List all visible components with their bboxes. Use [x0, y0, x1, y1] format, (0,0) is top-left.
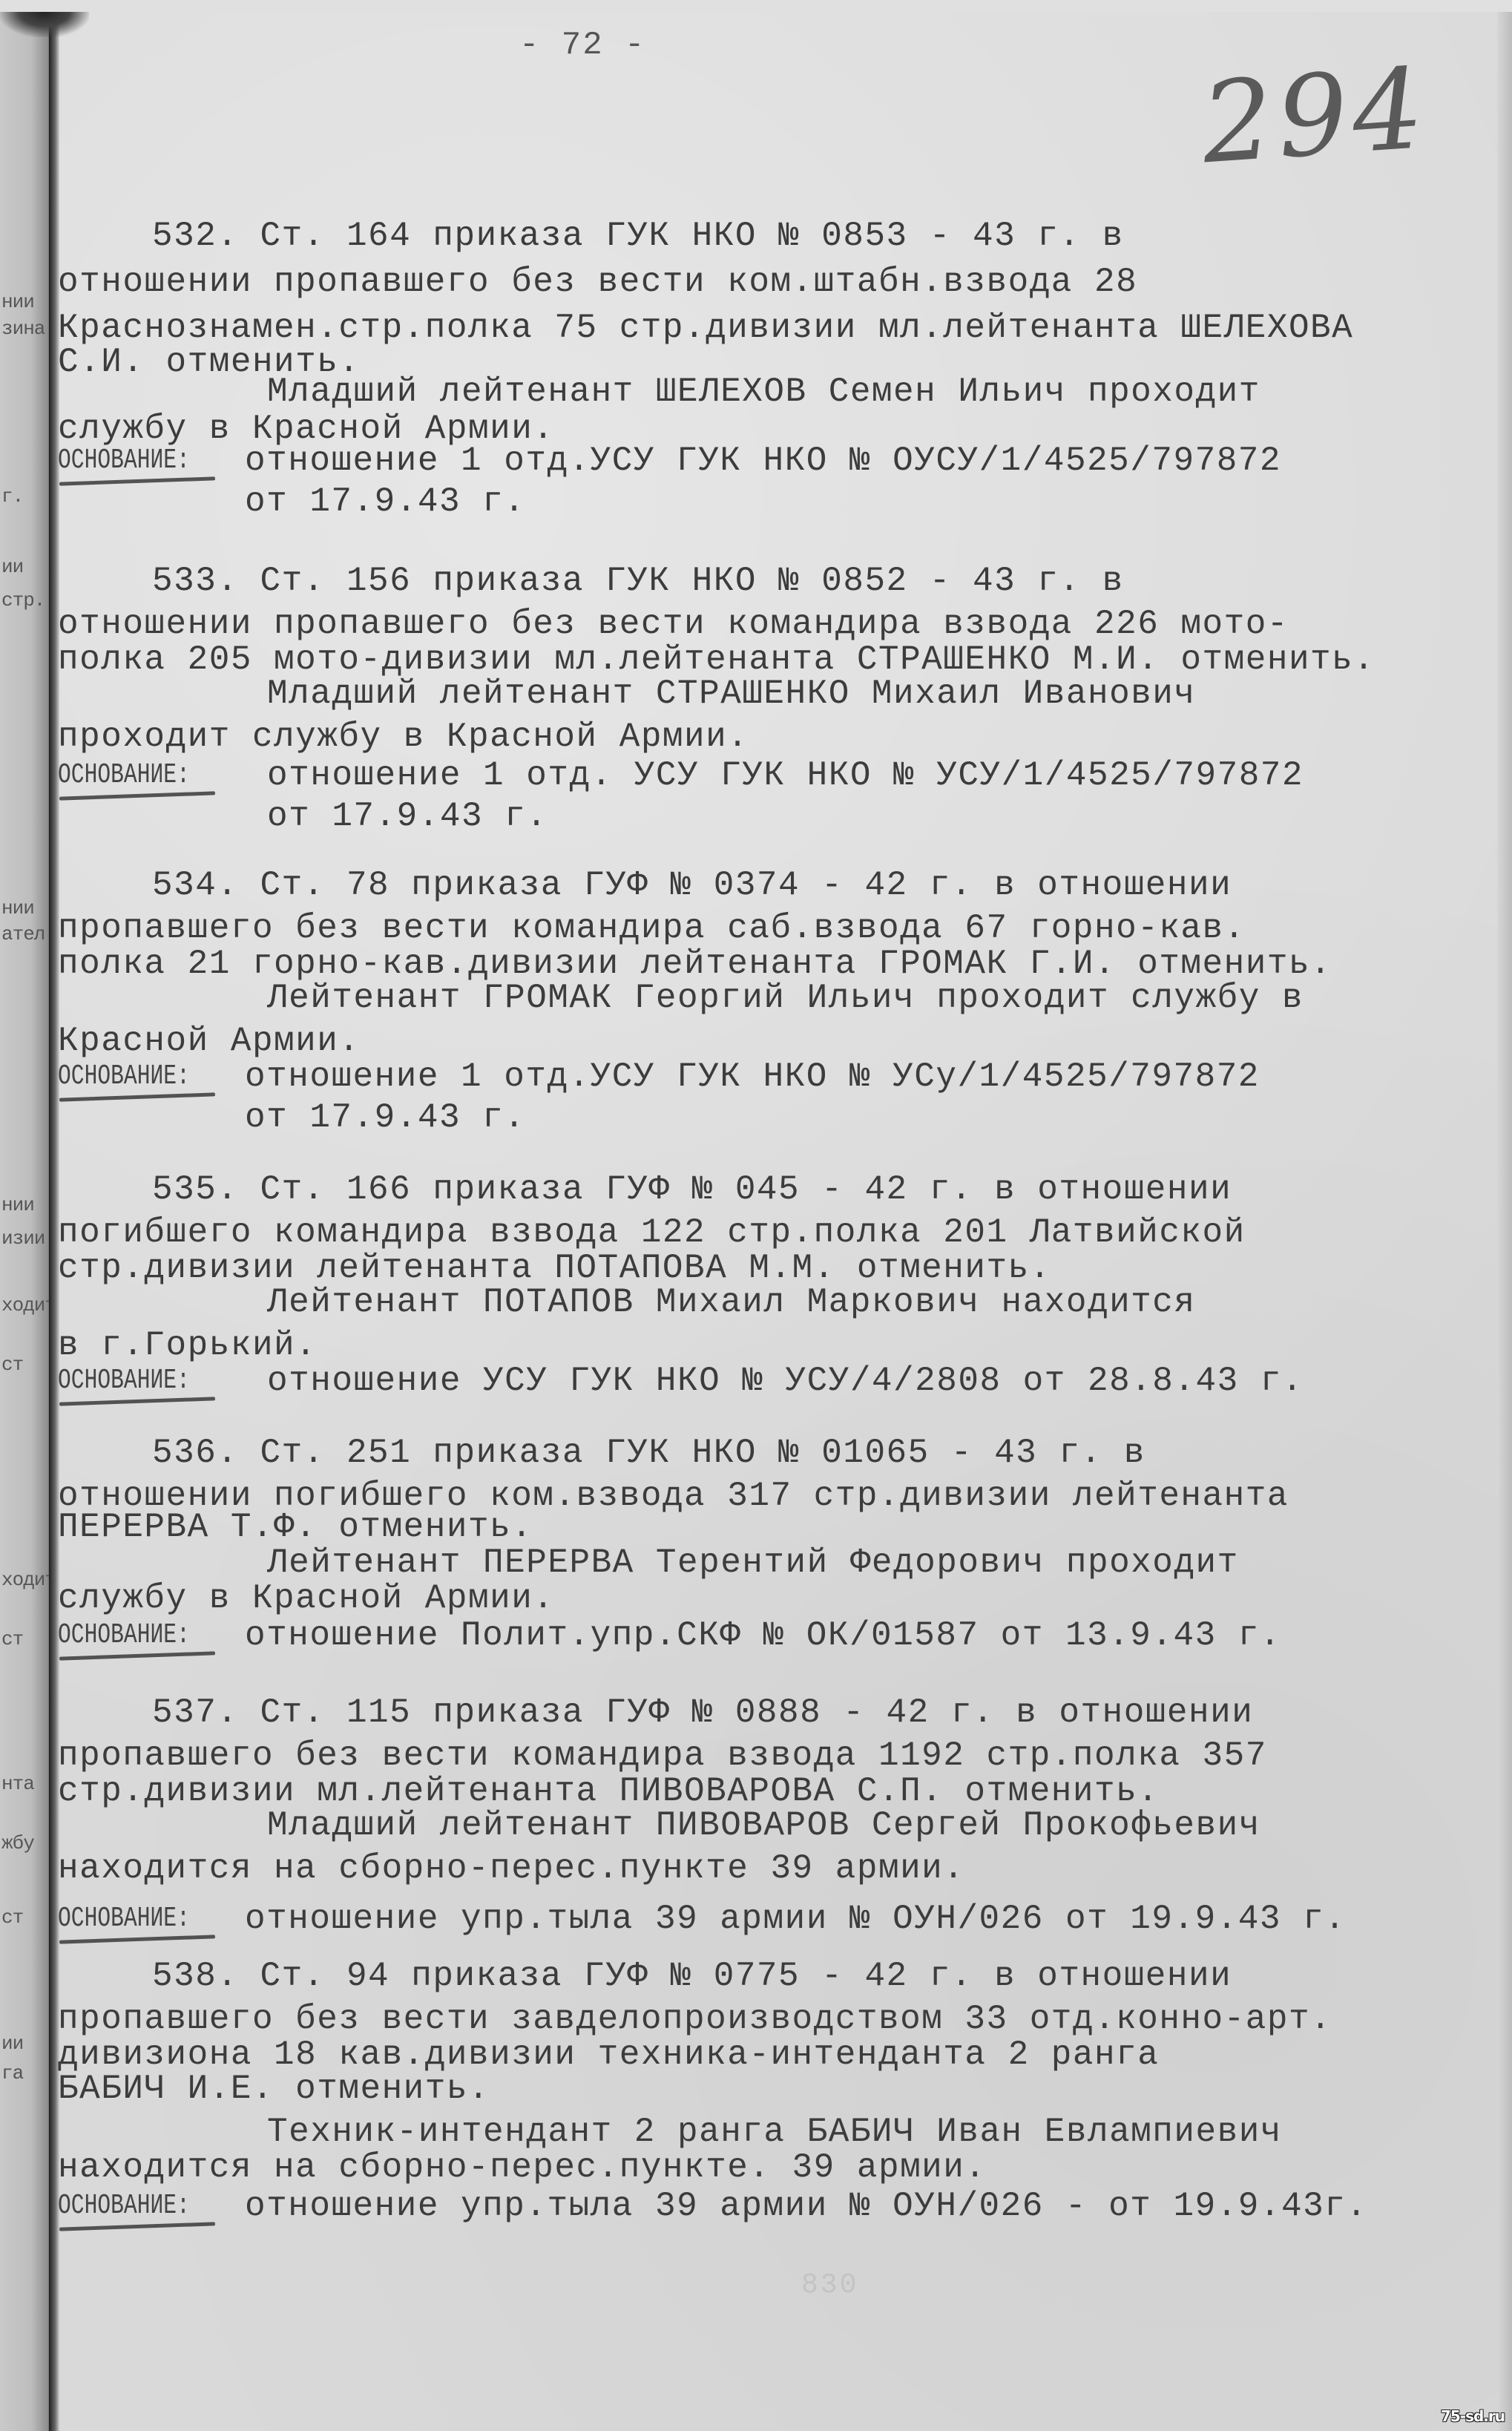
- entry-text-line: стр.дивизии лейтенанта ПОТАПОВА М.М. отм…: [58, 1251, 1051, 1285]
- source-watermark: 75-sd.ru: [1441, 2407, 1505, 2425]
- entry-heading-line: 537. Ст. 115 приказа ГУФ № 0888 - 42 г. …: [152, 1696, 1253, 1730]
- basis-label: ОСНОВАНИЕ:: [58, 761, 190, 790]
- facing-page-fragment: ходит: [1, 1570, 52, 1589]
- basis-label: ОСНОВАНИЕ:: [58, 447, 190, 475]
- entry-text-line: пропавшего без вести командира саб.взвод…: [58, 911, 1246, 945]
- entry-text-line: стр.дивизии мл.лейтенанта ПИВОВАРОВА С.П…: [58, 1774, 1159, 1808]
- entry-text-line: Лейтенант ПЕРЕРВА Терентий Федорович про…: [267, 1546, 1239, 1580]
- facing-page-fragment: г.: [1, 487, 23, 506]
- entry-heading-line: 536. Ст. 251 приказа ГУК НКО № 01065 - 4…: [152, 1436, 1145, 1470]
- entry-text-line: полка 205 мото-дивизии мл.лейтенанта СТР…: [58, 643, 1375, 677]
- entry-text-line: отношении пропавшего без вести ком.штабн…: [58, 265, 1137, 299]
- facing-page-fragment: ходит: [1, 1296, 52, 1315]
- facing-page-fragment: ст: [1, 1908, 23, 1927]
- entry-text-line: Лейтенант ПОТАПОВ Михаил Маркович находи…: [267, 1285, 1196, 1319]
- entry-heading-line: 535. Ст. 166 приказа ГУФ № 045 - 42 г. в…: [152, 1172, 1232, 1207]
- basis-text-line: от 17.9.43 г.: [245, 1100, 525, 1135]
- facing-page-fragment: га: [1, 2064, 23, 2083]
- entry-heading-line: 538. Ст. 94 приказа ГУФ № 0775 - 42 г. в…: [152, 1959, 1232, 1993]
- entry-text-line: БАБИЧ И.Е. отменить.: [58, 2072, 490, 2106]
- scan-top-margin: [0, 0, 1512, 12]
- entry-text-line: дивизиона 18 кав.дивизии техника-интенда…: [58, 2038, 1159, 2072]
- facing-page-fragment: ии: [1, 557, 23, 577]
- binding-corner: [0, 12, 89, 37]
- entry-text-line: Техник-интендант 2 ранга БАБИЧ Иван Евла…: [267, 2115, 1282, 2149]
- facing-page-fragment: нии: [1, 292, 34, 312]
- entry-text-line: Красной Армии.: [58, 1024, 360, 1058]
- basis-text-line: от 17.9.43 г.: [267, 799, 548, 833]
- basis-text-line: отношение упр.тыла 39 армии № ОУН/026 - …: [245, 2189, 1367, 2223]
- entry-heading-line: 532. Ст. 164 приказа ГУК НКО № 0853 - 43…: [152, 219, 1124, 253]
- basis-text-line: от 17.9.43 г.: [245, 485, 525, 519]
- entry-text-line: пропавшего без вести завделопроизводство…: [58, 2002, 1332, 2036]
- entry-text-line: в г.Горький.: [58, 1328, 317, 1362]
- entry-text-line: службу в Красной Армии.: [58, 1581, 554, 1615]
- entry-text-line: полка 21 горно-кав.дивизии лейтенанта ГР…: [58, 947, 1332, 981]
- entry-text-line: погибшего командира взвода 122 стр.полка…: [58, 1215, 1246, 1250]
- entry-text-line: проходит службу в Красной Армии.: [58, 720, 749, 754]
- facing-page-fragment: стр.: [1, 591, 45, 610]
- archive-sheet-number: 294: [1197, 45, 1432, 189]
- basis-text-line: отношение 1 отд. УСУ ГУК НКО № УСУ/1/452…: [267, 758, 1304, 793]
- facing-page-fragment: изии: [1, 1229, 45, 1248]
- page-number: - 72 -: [519, 27, 645, 64]
- facing-page-fragment: зина: [1, 319, 45, 338]
- basis-text-line: отношение 1 отд.УСУ ГУК НКО № УСу/1/4525…: [245, 1060, 1260, 1094]
- basis-text-line: отношение 1 отд.УСУ ГУК НКО № ОУСУ/1/452…: [245, 444, 1281, 478]
- basis-label: ОСНОВАНИЕ:: [58, 1063, 190, 1091]
- page-right-edge: [1497, 12, 1512, 2431]
- entry-text-line: находится на сборно-перес.пункте. 39 арм…: [58, 2150, 987, 2185]
- basis-text-line: отношение УСУ ГУК НКО № УСУ/4/2808 от 28…: [267, 1364, 1304, 1398]
- facing-page-fragment: ии: [1, 2034, 23, 2053]
- facing-page-fragment: ст: [1, 1355, 23, 1374]
- basis-text-line: отношение Полит.упр.СКФ № ОК/01587 от 13…: [245, 1618, 1281, 1653]
- basis-label: ОСНОВАНИЕ:: [58, 1621, 190, 1650]
- basis-text-line: отношение упр.тыла 39 армии № ОУН/026 от…: [245, 1902, 1346, 1936]
- entry-text-line: Младший лейтенант СТРАШЕНКО Михаил Ивано…: [267, 677, 1196, 711]
- basis-label: ОСНОВАНИЕ:: [58, 2192, 190, 2220]
- facing-page-fragment: ател: [1, 925, 45, 944]
- entry-text-line: отношении пропавшего без вести командира…: [58, 607, 1289, 641]
- entry-text-line: Младший лейтенант ШЕЛЕХОВ Семен Ильич пр…: [267, 375, 1260, 409]
- entry-text-line: находится на сборно-перес.пункте 39 арми…: [58, 1851, 964, 1886]
- entry-text-line: пропавшего без вести командира взвода 11…: [58, 1739, 1267, 1773]
- entry-text-line: Краснознамен.стр.полка 75 стр.дивизии мл…: [58, 311, 1353, 345]
- faint-bleedthrough-mark: 830: [801, 2269, 858, 2301]
- facing-page-fragment: нии: [1, 899, 34, 918]
- entry-text-line: Младший лейтенант ПИВОВАРОВ Сергей Проко…: [267, 1808, 1260, 1843]
- facing-page-fragment: нии: [1, 1195, 34, 1215]
- facing-page-fragment: жбу: [1, 1834, 34, 1853]
- entry-text-line: ПЕРЕРВА Т.Ф. отменить.: [58, 1510, 533, 1544]
- basis-label: ОСНОВАНИЕ:: [58, 1905, 190, 1933]
- entry-text-line: Лейтенант ГРОМАК Георгий Ильич проходит …: [267, 981, 1304, 1015]
- facing-page-edge: ниизинаг.иистр.нииателнииизииходитстходи…: [0, 12, 52, 2431]
- entry-heading-line: 533. Ст. 156 приказа ГУК НКО № 0852 - 43…: [152, 564, 1124, 598]
- entry-heading-line: 534. Ст. 78 приказа ГУФ № 0374 - 42 г. в…: [152, 868, 1232, 902]
- facing-page-fragment: ст: [1, 1630, 23, 1649]
- facing-page-fragment: нта: [1, 1774, 34, 1794]
- basis-label: ОСНОВАНИЕ:: [58, 1367, 190, 1395]
